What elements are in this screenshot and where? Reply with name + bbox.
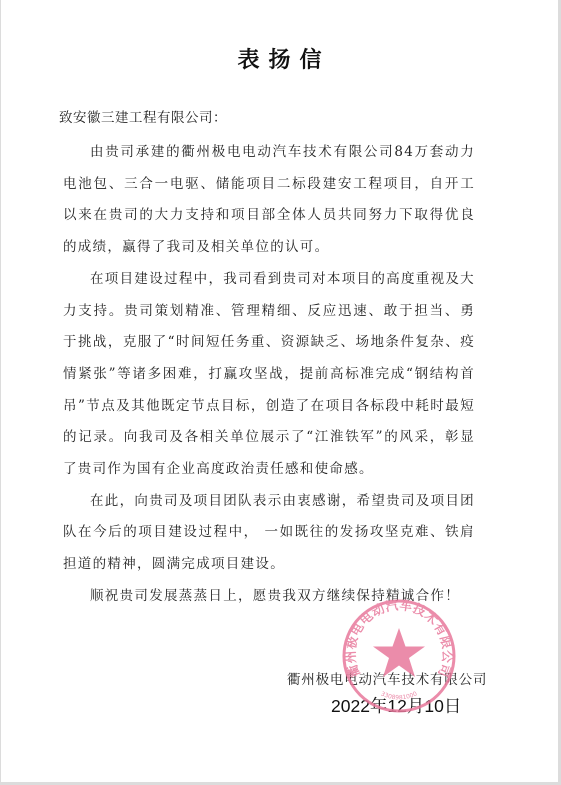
document-page: 表扬信 致安徽三建工程有限公司： 由贵司承建的衢州极电电动汽车技术有限公司84万… bbox=[1, 0, 558, 782]
company-seal-icon: 衢州极电电动汽车技术有限公司 3308981000 bbox=[341, 598, 457, 714]
salutation: 致安徽三建工程有限公司： bbox=[59, 106, 227, 126]
paragraph-2: 在项目建设过程中，我司看到贵司对本项目的高度重视及大力支持。贵司策划精准、管理精… bbox=[63, 264, 475, 486]
letter-body: 由贵司承建的衢州极电电动汽车技术有限公司84万套动力电池包、三合一电驱、储能项目… bbox=[63, 137, 475, 613]
letter-title: 表扬信 bbox=[1, 43, 558, 74]
svg-text:3308981000: 3308981000 bbox=[380, 690, 419, 701]
paragraph-3: 在此，向贵司及项目团队表示由衷感谢，希望贵司及项目团队在今后的项目建设过程中， … bbox=[63, 486, 475, 581]
paragraph-1: 由贵司承建的衢州极电电动汽车技术有限公司84万套动力电池包、三合一电驱、储能项目… bbox=[63, 137, 475, 264]
